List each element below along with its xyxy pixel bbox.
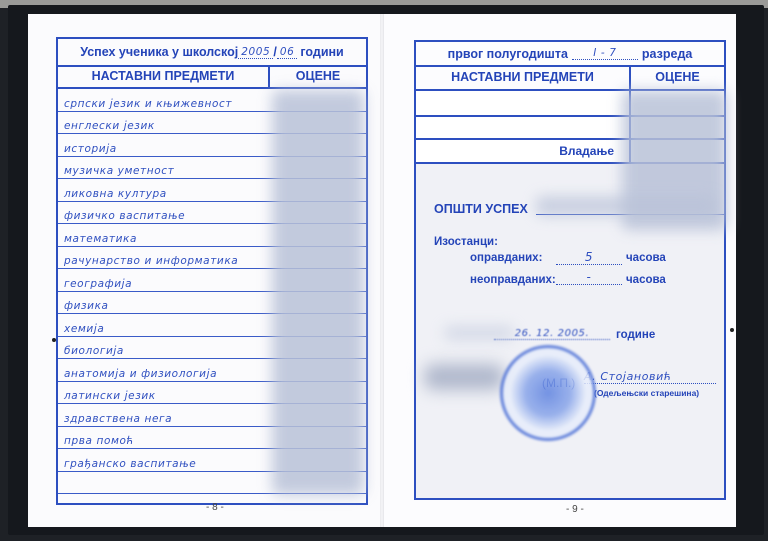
teacher-label: (Одељењски старешина) [594, 388, 699, 398]
unexcused-label: неоправданих: [470, 274, 556, 286]
subject-name: математика [64, 233, 137, 245]
subject-name: ликовна култура [64, 188, 167, 200]
subject-name: рачунарство и информатика [64, 255, 238, 267]
school-year-start: 2005 [238, 46, 273, 59]
hours-label-2: часова [626, 274, 666, 286]
col-subjects: НАСТАВНИ ПРЕДМЕТИ [416, 65, 631, 89]
date-suffix: године [616, 329, 655, 341]
blurred-overall [536, 196, 716, 216]
absences-label: Изостанци: [434, 236, 498, 248]
col-grades: ОЦЕНЕ [270, 65, 366, 87]
column-headers: НАСТАВНИ ПРЕДМЕТИ ОЦЕНЕ [416, 65, 724, 91]
subject-name: историја [64, 143, 117, 155]
overall-label: ОПШТИ УСПЕХ [434, 202, 528, 216]
subject-name: хемија [64, 323, 104, 335]
header-text-after: разреда [642, 47, 692, 61]
conduct-label: Владање [559, 144, 614, 158]
header-text-after: години [300, 45, 343, 59]
subject-name: здравствена нега [64, 413, 172, 425]
blurred-grades [272, 90, 364, 495]
semester-header: првог полугодишта I - 7 разреда [416, 42, 724, 67]
grade-level: I - 7 [572, 47, 638, 60]
excused-value: 5 [556, 250, 622, 265]
hours-label: часова [626, 252, 666, 264]
page-number-right: - 9 - [566, 504, 584, 515]
unexcused-value: - [556, 270, 622, 285]
subject-name: географија [64, 278, 132, 290]
subject-name: српски језик и књижевност [64, 98, 232, 110]
header-text: првог полугодишта [448, 47, 568, 61]
binding-hole [52, 338, 56, 342]
col-subjects: НАСТАВНИ ПРЕДМЕТИ [58, 65, 270, 87]
subject-name: физичко васпитање [64, 210, 185, 222]
subject-name: физика [64, 300, 109, 312]
subject-name: грађанско васпитање [64, 458, 196, 470]
subject-name: анатомија и физиологија [64, 368, 217, 380]
school-year-end: 06 [277, 46, 298, 59]
subject-name: енглески језик [64, 120, 155, 132]
official-stamp-icon [500, 345, 596, 441]
subject-name: биологија [64, 345, 124, 357]
excused-label: оправданих: [470, 252, 542, 264]
blurred-place [424, 364, 504, 390]
school-year-header: Успех ученика у школској 2005 / 06 годин… [58, 39, 366, 67]
col-grades: ОЦЕНЕ [631, 65, 724, 89]
subject-name: прва помоћ [64, 435, 134, 447]
header-text: Успех ученика у школској [80, 45, 238, 59]
teacher-signature: А. Стојановић [584, 370, 716, 384]
subject-name: музичка уметност [64, 165, 174, 177]
column-headers: НАСТАВНИ ПРЕДМЕТИ ОЦЕНЕ [58, 65, 366, 89]
subject-name: латински језик [64, 390, 156, 402]
binding-hole [730, 328, 734, 332]
page-number-left: - 8 - [206, 502, 224, 513]
blurred-date [444, 326, 514, 340]
